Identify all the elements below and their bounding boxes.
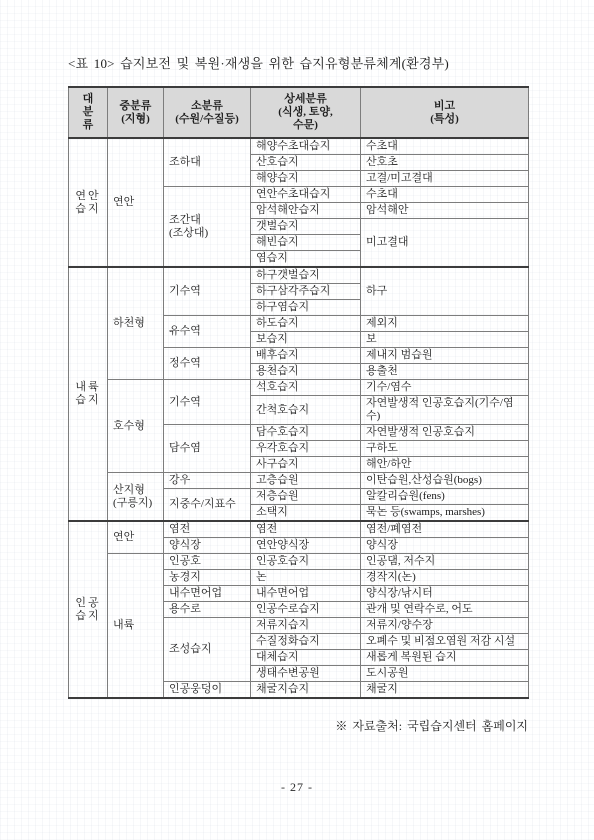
table-cell: 내륙 — [108, 554, 164, 699]
table-cell: 자연발생적 인공호습지 — [361, 425, 529, 441]
page-title: <표 10> 습지보전 및 복원·재생을 위한 습지유형분류체계(환경부) — [68, 53, 538, 72]
table-cell: 용수로 — [164, 602, 251, 618]
table-cell: 산지형 (구릉지) — [108, 473, 164, 522]
table-cell: 조간대 (조상대) — [164, 187, 251, 268]
table-cell: 양식장/낚시터 — [361, 586, 529, 602]
table-cell: 생태수변공원 — [251, 666, 361, 682]
table-cell: 내륙 습지 — [69, 267, 108, 521]
table-header-row: 대 분 류중분류 (지형)소분류 (수원/수질등)상세분류 (식생, 토양, 수… — [69, 87, 529, 138]
table-cell: 하구갯벌습지 — [251, 267, 361, 284]
table-cell: 보습지 — [251, 332, 361, 348]
table-cell: 용출천 — [361, 364, 529, 380]
table-row: 산지형 (구릉지)강우고층습원이탄습원,산성습원(bogs) — [69, 473, 529, 489]
table-cell: 염전/폐염전 — [361, 521, 529, 538]
table-cell: 사구습지 — [251, 457, 361, 473]
table-cell: 기수역 — [164, 380, 251, 425]
table-cell: 기수/염수 — [361, 380, 529, 396]
table-cell: 해빈습지 — [251, 235, 361, 251]
table-cell: 구하도 — [361, 441, 529, 457]
table-cell: 우각호습지 — [251, 441, 361, 457]
table-cell: 대체습지 — [251, 650, 361, 666]
table-cell: 간척호습지 — [251, 396, 361, 425]
source-note: ※ 자료출처: 국립습지센터 홈페이지 — [68, 717, 528, 734]
table-row: 연안 습지연안조하대해양수초대습지수초대 — [69, 138, 529, 155]
table-header-cell: 중분류 (지형) — [108, 87, 164, 138]
table-cell: 내수면어업 — [251, 586, 361, 602]
table-header-cell: 상세분류 (식생, 토양, 수문) — [251, 87, 361, 138]
table-cell: 제내지 범습원 — [361, 348, 529, 364]
table-cell: 해안/하안 — [361, 457, 529, 473]
table-cell: 용천습지 — [251, 364, 361, 380]
table-cell: 암석해안 — [361, 203, 529, 219]
table-cell: 관개 및 연락수로, 어도 — [361, 602, 529, 618]
table-cell: 논 — [251, 570, 361, 586]
table-cell: 담수호습지 — [251, 425, 361, 441]
table-cell: 조성습지 — [164, 618, 251, 682]
table-cell: 도시공원 — [361, 666, 529, 682]
table-cell: 조하대 — [164, 138, 251, 187]
table-header-cell: 대 분 류 — [69, 87, 108, 138]
table-cell: 유수역 — [164, 316, 251, 348]
table-cell: 하천형 — [108, 267, 164, 380]
table-cell: 소택지 — [251, 505, 361, 522]
table-cell: 인공댐, 저수지 — [361, 554, 529, 570]
table-cell: 염전 — [164, 521, 251, 538]
table-cell: 양식장 — [164, 538, 251, 554]
table-cell: 고층습원 — [251, 473, 361, 489]
table-cell: 연안수초대습지 — [251, 187, 361, 203]
table-row: 호수형기수역석호습지기수/염수 — [69, 380, 529, 396]
table-cell: 제외지 — [361, 316, 529, 332]
table-cell: 해양수초대습지 — [251, 138, 361, 155]
table-cell: 하구염습지 — [251, 300, 361, 316]
table-cell: 하구삼각주습지 — [251, 284, 361, 300]
table-row: 내륙인공호인공호습지인공댐, 저수지 — [69, 554, 529, 570]
table-cell: 묵논 등(swamps, marshes) — [361, 505, 529, 522]
table-cell: 담수염 — [164, 425, 251, 473]
table-cell: 호수형 — [108, 380, 164, 473]
table-cell: 산호습지 — [251, 155, 361, 171]
table-cell: 새롭게 복원된 습지 — [361, 650, 529, 666]
table-cell: 정수역 — [164, 348, 251, 380]
table-cell: 저층습원 — [251, 489, 361, 505]
table-header: 대 분 류중분류 (지형)소분류 (수원/수질등)상세분류 (식생, 토양, 수… — [69, 87, 529, 138]
table-cell: 저류지/양수장 — [361, 618, 529, 634]
table-cell: 채굴지 — [361, 682, 529, 699]
table-cell: 하구 — [361, 267, 529, 316]
table-cell: 기수역 — [164, 267, 251, 316]
table-cell: 인공웅덩이 — [164, 682, 251, 699]
table-cell: 석호습지 — [251, 380, 361, 396]
table-header-cell: 소분류 (수원/수질등) — [164, 87, 251, 138]
table-cell: 배후습지 — [251, 348, 361, 364]
table-header-cell: 비고 (특성) — [361, 87, 529, 138]
table-cell: 연안 — [108, 521, 164, 554]
table-cell: 자연발생적 인공호습지(기수/염수) — [361, 396, 529, 425]
table-cell: 수초대 — [361, 138, 529, 155]
table-cell: 인공호 — [164, 554, 251, 570]
table-cell: 오폐수 및 비점오염원 저감 시설 — [361, 634, 529, 650]
table-row: 인공 습지연안염전염전염전/폐염전 — [69, 521, 529, 538]
table-cell: 알칼리습원(fens) — [361, 489, 529, 505]
table-cell: 이탄습원,산성습원(bogs) — [361, 473, 529, 489]
table-cell: 수초대 — [361, 187, 529, 203]
table-cell: 인공수로습지 — [251, 602, 361, 618]
table-cell: 하도습지 — [251, 316, 361, 332]
table-cell: 산호초 — [361, 155, 529, 171]
table-cell: 고결/미고결대 — [361, 171, 529, 187]
table-cell: 염습지 — [251, 251, 361, 268]
wetland-classification-table: 대 분 류중분류 (지형)소분류 (수원/수질등)상세분류 (식생, 토양, 수… — [68, 86, 529, 699]
table-cell: 채굴지습지 — [251, 682, 361, 699]
table-cell: 양식장 — [361, 538, 529, 554]
table-body: 연안 습지연안조하대해양수초대습지수초대산호습지산호초해양습지고결/미고결대조간… — [69, 138, 529, 698]
table-cell: 보 — [361, 332, 529, 348]
table-cell: 강우 — [164, 473, 251, 489]
table-row: 내륙 습지하천형기수역하구갯벌습지하구 — [69, 267, 529, 284]
table-cell: 인공호습지 — [251, 554, 361, 570]
table-cell: 연안 습지 — [69, 138, 108, 267]
table-cell: 경작지(논) — [361, 570, 529, 586]
table-cell: 암석해안습지 — [251, 203, 361, 219]
page-number: - 27 - — [0, 780, 594, 795]
table-cell: 인공 습지 — [69, 521, 108, 698]
table-cell: 연안양식장 — [251, 538, 361, 554]
table-cell: 염전 — [251, 521, 361, 538]
table-cell: 저류지습지 — [251, 618, 361, 634]
table-cell: 미고결대 — [361, 219, 529, 268]
table-cell: 내수면어업 — [164, 586, 251, 602]
table-cell: 농경지 — [164, 570, 251, 586]
document-page: <표 10> 습지보전 및 복원·재생을 위한 습지유형분류체계(환경부) 대 … — [0, 0, 594, 840]
table-cell: 해양습지 — [251, 171, 361, 187]
table-cell: 연안 — [108, 138, 164, 267]
table-cell: 갯벌습지 — [251, 219, 361, 235]
table-cell: 지중수/지표수 — [164, 489, 251, 522]
table-cell: 수질정화습지 — [251, 634, 361, 650]
